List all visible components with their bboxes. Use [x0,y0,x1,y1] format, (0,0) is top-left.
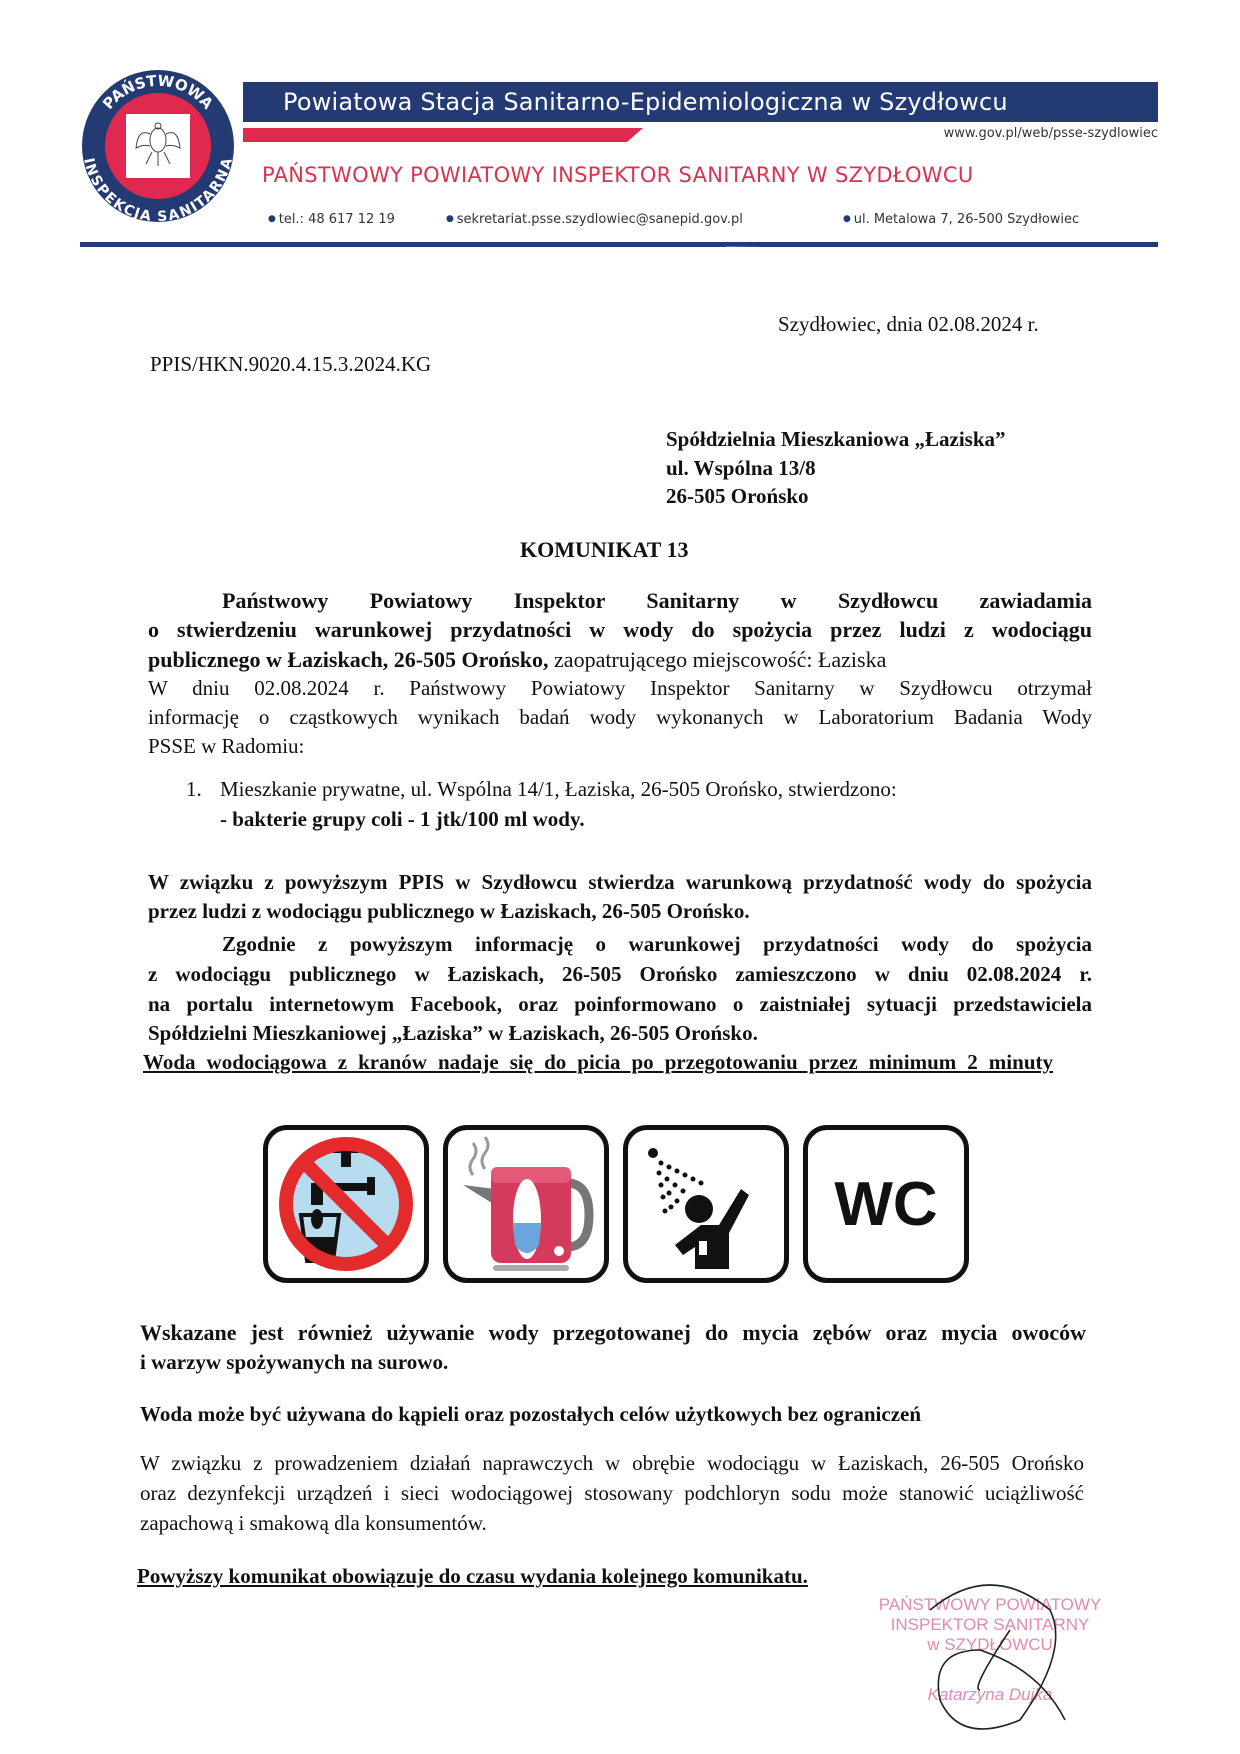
finding-number: 1. [186,775,202,804]
water-usage-icons: WC [263,1125,969,1283]
communique-heading: KOMUNIKAT 13 [520,535,688,564]
publication-line: na portalu internetowym Facebook, oraz p… [148,990,1092,1019]
header-divider [80,242,1158,247]
institution-name-bar: Powiatowa Stacja Sanitarno-Epidemiologic… [243,82,1158,122]
conclusion-line: przez ludzi z wodociągu publicznego w Ła… [148,897,750,926]
postal-address: ul. Metalowa 7, 26-500 Szydłowiec [843,212,1079,227]
handwritten-signature-icon [900,1570,1080,1750]
finding-result: - bakterie grupy coli - 1 jtk/100 ml wod… [220,805,585,834]
recipient-city: 26-505 Orońsko [666,482,809,511]
publication-line: Spółdzielni Mieszkaniowej „Łaziska” w Ła… [148,1019,758,1048]
wc-icon: WC [803,1125,969,1283]
disinfection-line: zapachową i smakową dla konsumentów. [140,1509,487,1538]
conclusion-line: W związku z powyższym PPIS w Szydłowcu s… [148,868,1092,897]
email-address[interactable]: sekretariat.psse.szydlowiec@sanepid.gov.… [446,212,743,227]
intro-line: o stwierdzeniu warunkowej przydatności w… [148,615,1092,644]
finding-location: Mieszkanie prywatne, ul. Wspólna 14/1, Ł… [220,775,897,804]
website-link[interactable]: www.gov.pl/web/psse-szydlowiec [944,126,1158,141]
recommendation-line: i warzyw spożywanych na surowo. [140,1348,448,1377]
disinfection-line: W związku z prowadzeniem działań naprawc… [140,1449,1084,1478]
shower-icon [623,1125,789,1283]
disinfection-line: oraz dezynfekcji urządzeń i sieci wodoci… [140,1479,1084,1508]
info-line: informację o cząstkowych wynikach badań … [148,703,1092,732]
recipient-name: Spółdzielnia Mieszkaniowa „Łaziska” [666,425,1006,454]
red-accent-bar [243,128,643,142]
intro-line-normal: zaopatrującego miejscowość: Łaziska [549,647,887,672]
usage-note: Woda może być używana do kąpieli oraz po… [140,1400,921,1429]
info-line: W dniu 02.08.2024 r. Państwowy Powiatowy… [148,674,1092,703]
intro-line-bold: publicznego w Łaziskach, 26-505 Orońsko, [148,647,549,672]
publication-line: z wodociągu publicznego w Łaziskach, 26-… [148,960,1092,989]
inspection-logo-icon: PAŃSTWOWA INSPEKCJA SANITARNA [80,68,236,224]
boil-water-notice: Woda wodociągowa z kranów nadaje się do … [143,1048,1053,1077]
no-drinking-tap-water-icon [263,1125,429,1283]
publication-line: Zgodnie z powyższym informację o warunko… [222,930,1092,959]
recommendation-line: Wskazane jest również używanie wody prze… [140,1318,1086,1347]
place-and-date: Szydłowiec, dnia 02.08.2024 r. [778,310,1039,339]
phone-number[interactable]: tel.: 48 617 12 19 [268,212,395,227]
inspector-title: PAŃSTWOWY POWIATOWY INSPEKTOR SANITARNY … [262,163,974,187]
intro-line: Państwowy Powiatowy Inspektor Sanitarny … [222,586,1092,615]
boil-kettle-icon [443,1125,609,1283]
validity-note: Powyższy komunikat obowiązuje do czasu w… [137,1562,808,1591]
info-line: PSSE w Radomiu: [148,732,304,761]
reference-number: PPIS/HKN.9020.4.15.3.2024.KG [150,350,431,379]
recipient-street: ul. Wspólna 13/8 [666,454,816,483]
